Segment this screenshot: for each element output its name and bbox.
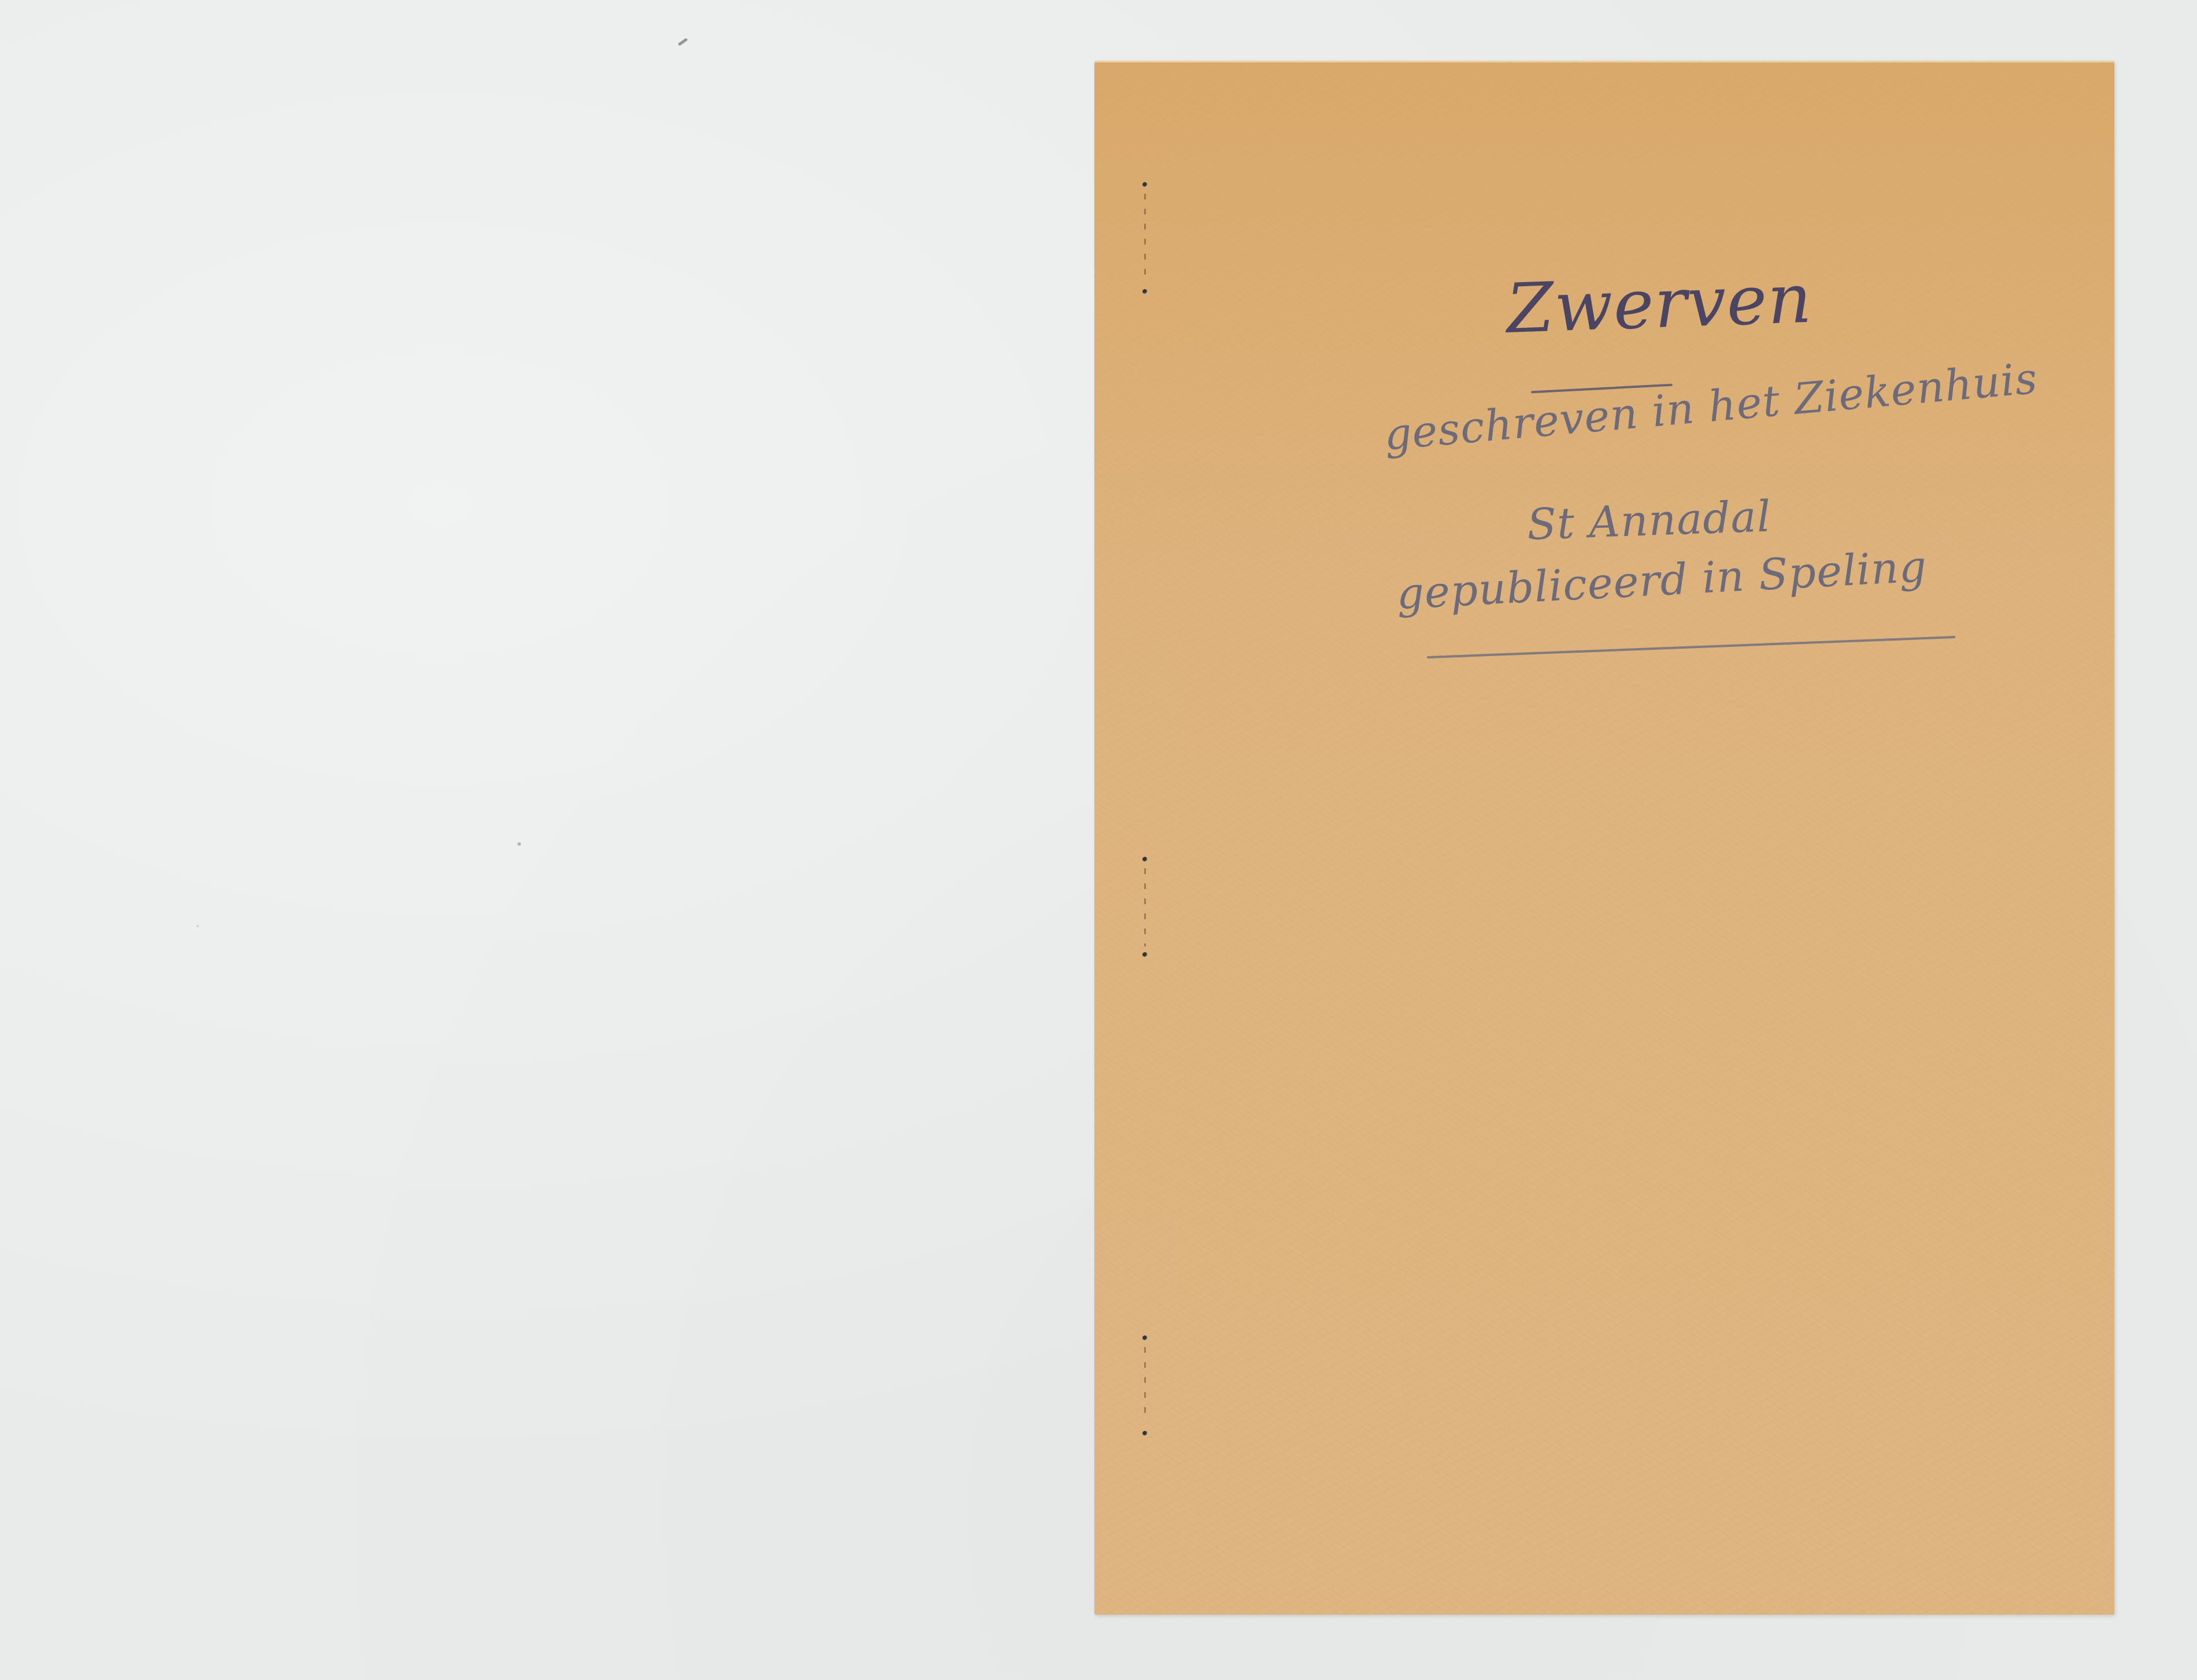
binding-stitch-top <box>1144 182 1148 298</box>
closing-underline <box>1427 636 1955 658</box>
handwritten-line-hospital-name: St Annadal <box>1526 491 1772 550</box>
handwritten-title: Zwerven <box>1505 258 1813 349</box>
binding-stitch-middle <box>1144 857 1148 961</box>
handwritten-line-written-in-hospital: geschreven in het Ziekenhuis <box>1382 354 2040 460</box>
booklet-cover: Zwerven geschreven in het Ziekenhuis St … <box>1094 61 2114 1615</box>
handwritten-line-published-in: gepubliceerd in Speling <box>1395 542 1928 619</box>
background-speck <box>678 38 688 46</box>
binding-stitch-bottom <box>1144 1335 1148 1440</box>
background-speck <box>197 925 199 927</box>
background-speck <box>517 842 521 846</box>
